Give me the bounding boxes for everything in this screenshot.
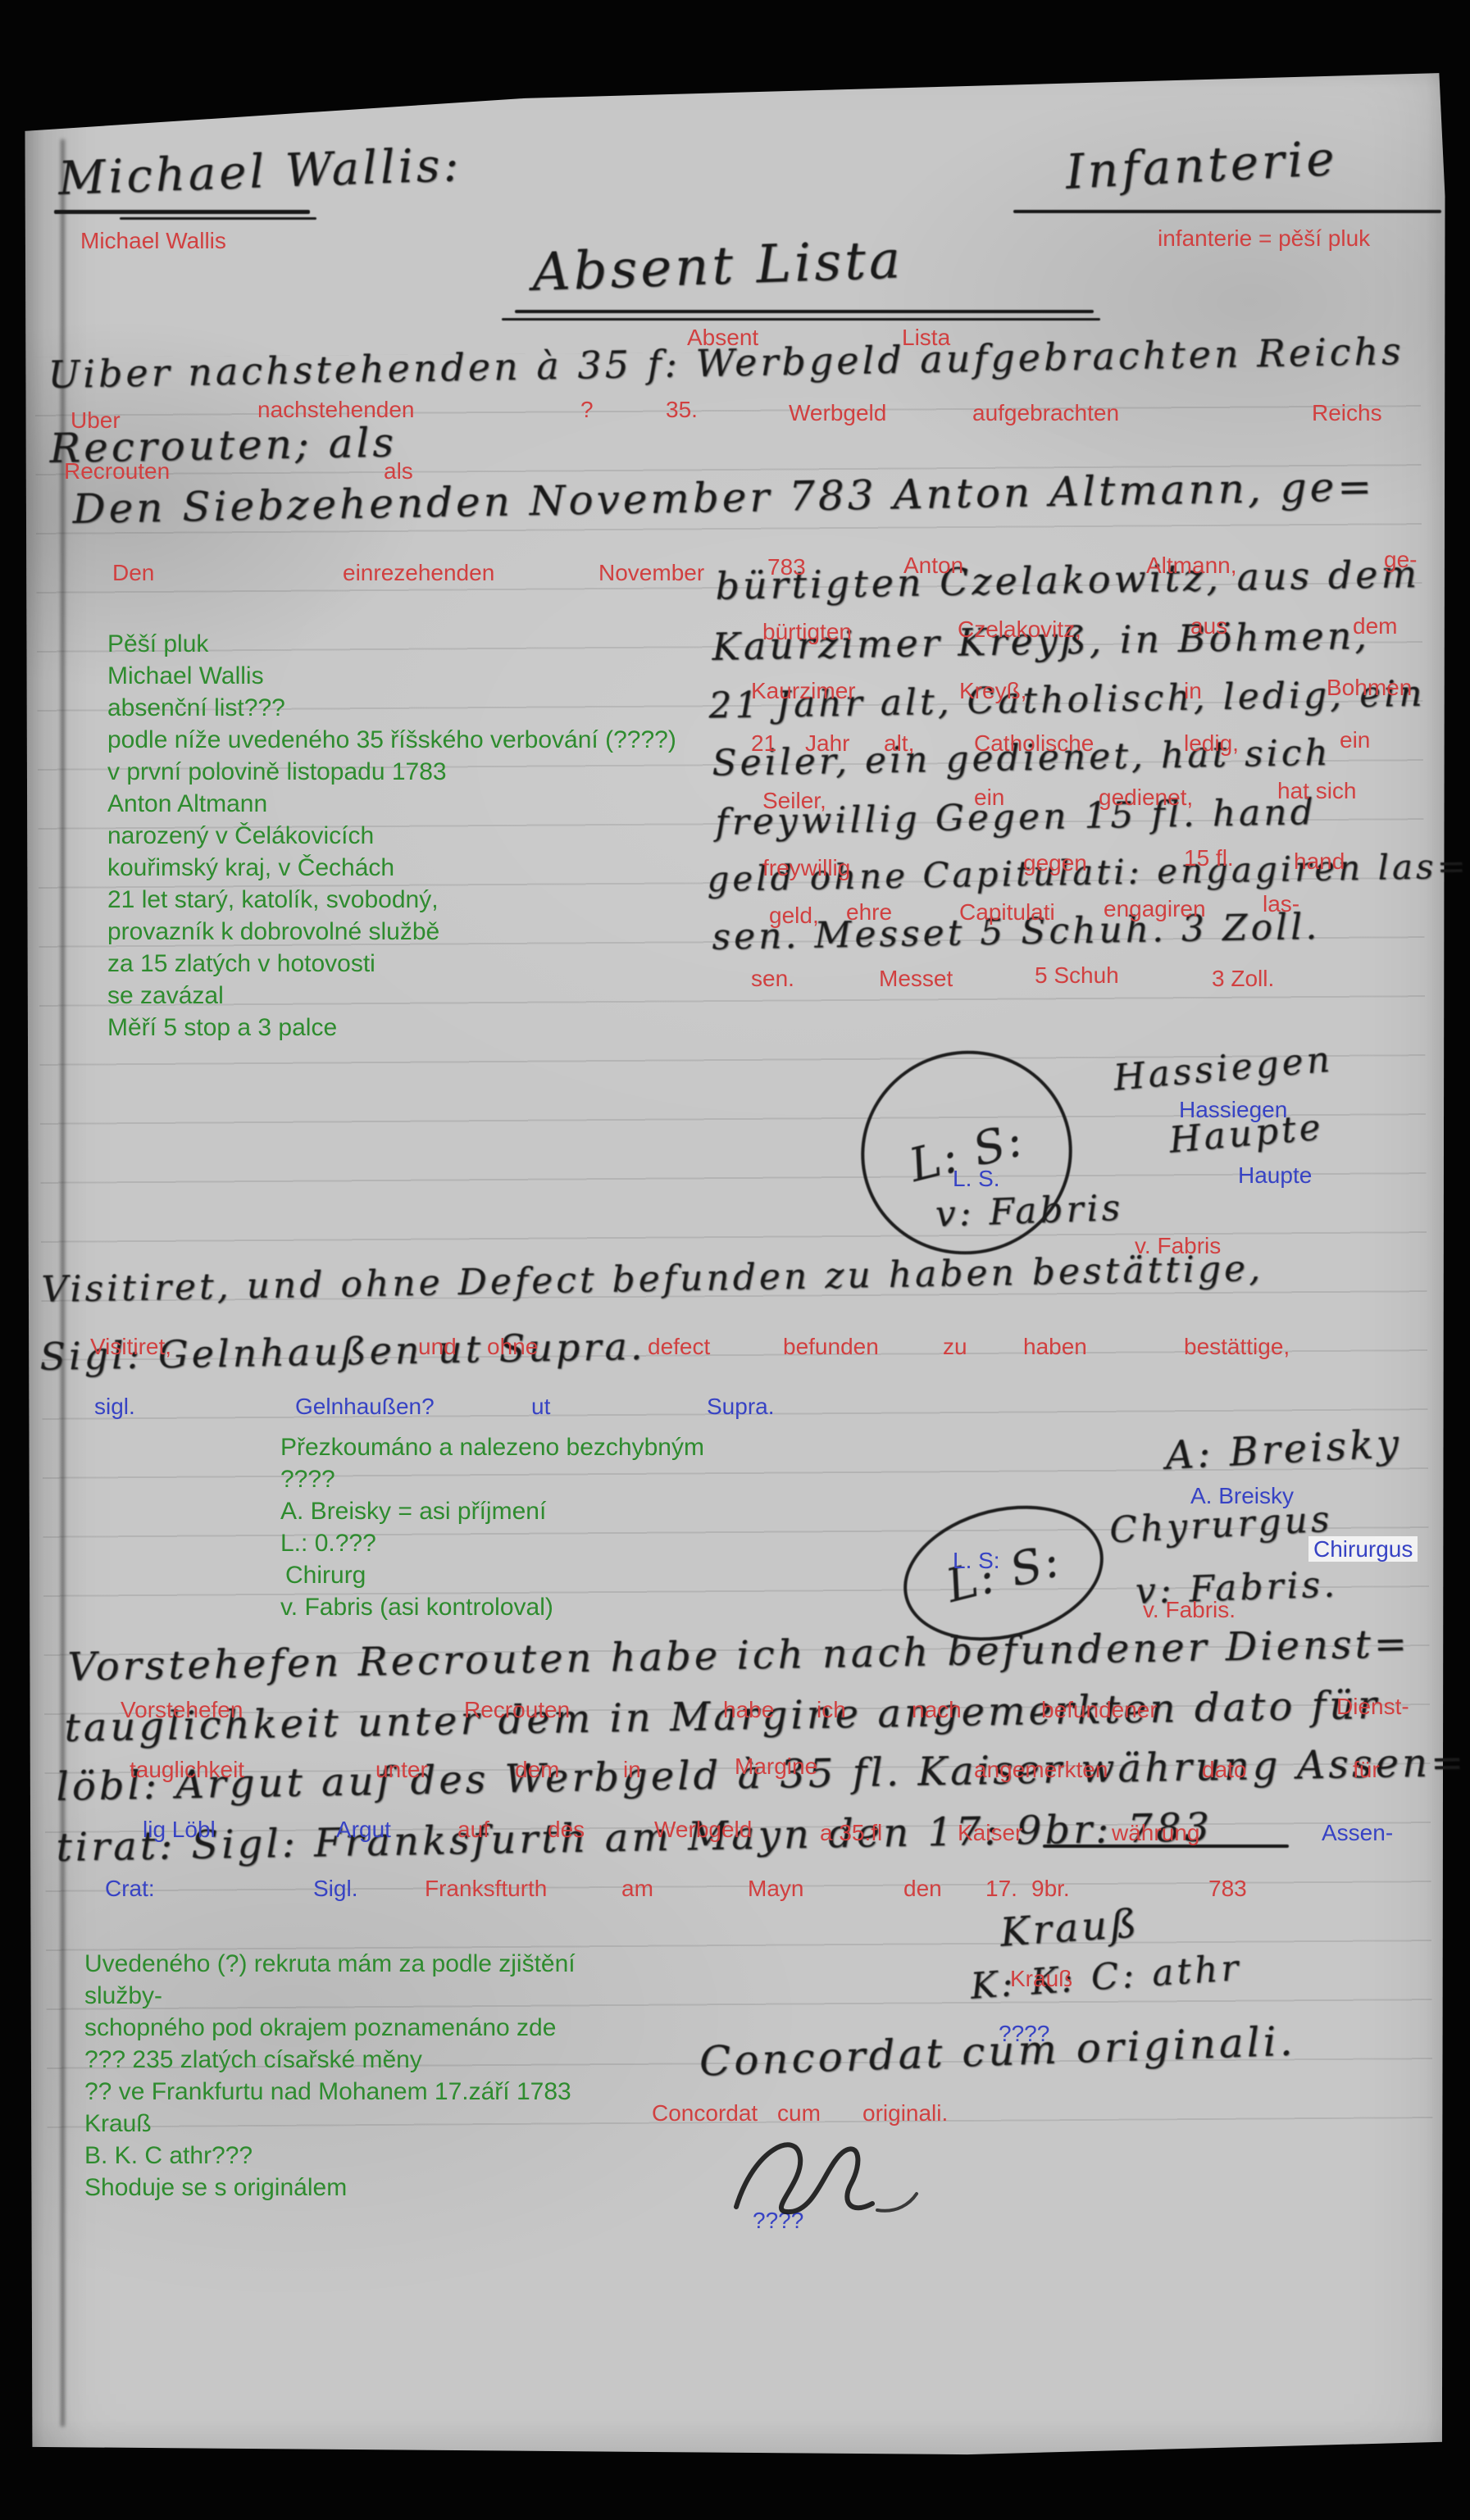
- ann-catholische: Catholische: [974, 731, 1094, 755]
- ann-in: in: [1184, 679, 1202, 703]
- ann-gedienet: gedienet,: [1099, 785, 1193, 809]
- note-prezkoumano: Přezkoumáno a nalezeno bezchybným: [280, 1435, 704, 1461]
- ann-czelakovitz: Czelakovitz,: [958, 617, 1081, 641]
- ann-haupte: Haupte: [1238, 1163, 1312, 1187]
- note-kourimsky: kouřimský kraj, v Čechách: [107, 855, 394, 881]
- ann-crat: Crat:: [105, 1876, 155, 1900]
- note-se-zavazal: se zavázal: [107, 983, 224, 1009]
- ann-recrouten-2: Recrouten: [464, 1698, 570, 1722]
- ann-ich: ich: [817, 1698, 846, 1722]
- ann-und: und: [418, 1335, 457, 1358]
- ann-als: als: [384, 459, 413, 483]
- ann-reichs: Reichs: [1312, 401, 1382, 425]
- ann-dato: dato: [1202, 1758, 1247, 1781]
- ann-geld: geld,: [769, 903, 819, 927]
- ann-waehrung: währung: [1112, 1821, 1199, 1845]
- ann-werbgeld: Werbgeld: [789, 401, 886, 425]
- ann-kreyss: Kreyß,: [959, 679, 1026, 703]
- ann-margine: Margine: [735, 1754, 817, 1778]
- ann-17: 17.: [985, 1876, 1017, 1900]
- note-pesi-pluk: Pěší pluk: [107, 631, 208, 657]
- underline-title-2: [502, 318, 1100, 321]
- ann-9br: 9br.: [1031, 1876, 1070, 1900]
- ann-ein-1: ein: [1340, 728, 1370, 752]
- ann-sigl: sigl.: [94, 1394, 135, 1418]
- ann-questionmark: ?: [580, 398, 594, 421]
- ann-5schuh: 5 Schuh: [1035, 963, 1119, 987]
- ann-uber: Uber: [71, 408, 121, 432]
- note-sluzby: služby-: [84, 1983, 162, 2009]
- ann-dem-2: dem: [515, 1758, 559, 1781]
- ann-michael-wallis: Michael Wallis: [80, 229, 226, 252]
- note-anton-altmann: Anton Altmann: [107, 791, 267, 817]
- ann-infanterie: infanterie = pěší pluk: [1158, 226, 1370, 250]
- ann-ledig: ledig,: [1184, 731, 1239, 755]
- ann-supra: Supra.: [707, 1394, 775, 1418]
- ann-bestaettige: bestättige,: [1184, 1335, 1290, 1358]
- ann-in-2: in: [623, 1758, 641, 1781]
- ann-november: November: [598, 561, 704, 585]
- ann-bohmen: Bohmen: [1327, 675, 1412, 699]
- ann-gelnhaussen: Gelnhaußen?: [295, 1394, 435, 1418]
- ann-gegen: gegen: [1023, 851, 1087, 875]
- ann-mayn: Mayn: [748, 1876, 803, 1900]
- ann-3zoll: 3 Zoll.: [1212, 967, 1274, 990]
- ann-nachstehenden: nachstehenden: [257, 398, 415, 421]
- ann-unter: unter: [375, 1758, 428, 1781]
- ann-unknown-1: ????: [999, 2022, 1049, 2045]
- ann-freywillig: freywillig: [762, 856, 850, 880]
- ann-a-breisky: A. Breisky: [1190, 1484, 1294, 1508]
- ann-fuer: für: [1353, 1758, 1380, 1781]
- script-sig-krauss: Krauß: [999, 1900, 1141, 1956]
- ann-capitulati: Capitulati: [959, 900, 1055, 924]
- ann-engagiren: engagiren: [1104, 897, 1206, 921]
- ann-ut: ut: [531, 1394, 550, 1418]
- ann-den: Den: [112, 561, 154, 585]
- archival-scan-page: { "colors":{"red":"#d14040","blue":"#374…: [0, 0, 1470, 2520]
- ann-sigl-2: Sigl.: [313, 1876, 357, 1900]
- note-absencni-list: absenční list???: [107, 695, 285, 721]
- ann-nach: nach: [912, 1698, 962, 1722]
- ann-argut: Argut: [336, 1817, 391, 1841]
- note-podle-nize: podle níže uvedeného 35 říšského verbová…: [107, 727, 676, 753]
- ann-jahr: Jahr: [805, 731, 849, 755]
- ann-ein-2: ein: [974, 785, 1004, 809]
- scanned-document-stage: Michael Wallis:InfanterieAbsent ListaUib…: [0, 0, 1470, 2520]
- ann-chirurgus: Chirurgus: [1308, 1536, 1418, 1562]
- ann-ls-1: L. S.: [953, 1167, 1000, 1190]
- ann-buertigten: bürtigten: [762, 620, 852, 644]
- underline-header-name-2: [120, 217, 316, 220]
- ann-absent: Absent: [687, 325, 758, 349]
- ann-sen: sen.: [751, 967, 794, 990]
- ann-defect: defect: [648, 1335, 710, 1358]
- ann-alt: alt,: [884, 731, 914, 755]
- note-fabris-kontroloval: v. Fabris (asi kontroloval): [280, 1594, 553, 1621]
- ann-am: am: [621, 1876, 653, 1900]
- ann-befundener: befundener: [1041, 1698, 1158, 1722]
- ann-recrouten: Recrouten: [64, 459, 170, 483]
- ann-15fl: 15 fl.: [1184, 846, 1234, 870]
- note-21-let: 21 let starý, katolík, svobodný,: [107, 887, 439, 913]
- note-ve-frankfurtu: ?? ve Frankfurtu nad Mohanem 17.září 178…: [84, 2079, 571, 2105]
- note-235-zlatych: ??? 235 zlatých císařské měny: [84, 2047, 422, 2073]
- ann-las: las-: [1263, 892, 1299, 916]
- ann-v-fabris-2: v. Fabris.: [1143, 1598, 1236, 1622]
- note-za-15: za 15 zlatých v hotovosti: [107, 951, 375, 977]
- ann-angemerkten: angemerkten: [974, 1758, 1108, 1781]
- note-unknown: ????: [280, 1467, 335, 1493]
- ann-franksfturth: Franksfturth: [425, 1876, 547, 1900]
- underline-header-corps: [1013, 210, 1441, 213]
- ann-lista: Lista: [902, 325, 950, 349]
- note-l-0: L.: 0.???: [280, 1531, 376, 1557]
- ann-21: 21: [751, 731, 776, 755]
- ann-anton: Anton: [903, 553, 963, 577]
- underline-header-name: [54, 210, 310, 214]
- ann-krauss: Krauß: [1010, 1967, 1072, 1990]
- note-krauss: Krauß: [84, 2111, 152, 2137]
- ann-assen: Assen-: [1322, 1821, 1393, 1845]
- ann-habe: habe: [723, 1698, 774, 1722]
- ann-kaurzimer: Kaurzimer: [751, 679, 856, 703]
- ann-ohne: ohne: [487, 1335, 538, 1358]
- ann-v-fabris-1: v. Fabris: [1135, 1234, 1221, 1258]
- note-chirurg: Chirurg: [285, 1562, 366, 1589]
- ann-vorstehefen: Vorstehefen: [121, 1698, 243, 1722]
- ann-dienst: Dienst-: [1336, 1694, 1409, 1718]
- ann-aus: aus: [1190, 614, 1227, 638]
- ann-messet: Messet: [879, 967, 953, 990]
- ann-783: 783: [767, 555, 806, 579]
- note-michael-wallis: Michael Wallis: [107, 663, 264, 689]
- note-schopneho: schopného pod okrajem poznamenáno zde: [84, 2015, 556, 2041]
- ann-ls-2: L. S:: [953, 1549, 1000, 1572]
- ann-ge: ge-: [1384, 548, 1417, 571]
- note-bkc: B. K. C athr???: [84, 2143, 253, 2169]
- ann-hat-sich: hat sich: [1277, 779, 1357, 803]
- ann-werbgeld-2: Werbgeld: [654, 1817, 752, 1841]
- ann-visitiret: Visitiret,: [90, 1335, 171, 1358]
- note-breisky: A. Breisky = asi příjmení: [280, 1499, 546, 1525]
- note-shoduje: Shoduje se s originálem: [84, 2175, 347, 2201]
- note-meri: Měří 5 stop a 3 palce: [107, 1015, 337, 1041]
- note-narozeny: narozený v Čelákovicích: [107, 823, 374, 849]
- ann-zu: zu: [943, 1335, 967, 1358]
- ann-auf: auf: [457, 1817, 489, 1841]
- ann-kaiser: Kaiser: [958, 1821, 1022, 1845]
- ann-a35fl: a 35.fl: [820, 1821, 882, 1845]
- ann-den-2: den: [903, 1876, 942, 1900]
- underline-title: [515, 310, 1094, 313]
- ann-tauglichkeit: tauglichkeit: [130, 1758, 244, 1781]
- ann-hassiegen: Hassiegen: [1179, 1098, 1287, 1121]
- ann-dem: dem: [1353, 614, 1397, 638]
- ann-befunden: befunden: [783, 1335, 879, 1358]
- ann-einrezehenden: einrezehenden: [343, 561, 494, 585]
- ann-783-2: 783: [1208, 1876, 1247, 1900]
- ann-aufgebrachten: aufgebrachten: [972, 401, 1119, 425]
- ann-lig-loebl: lig Löbl: [143, 1817, 216, 1841]
- ann-seiler: Seiler,: [762, 789, 826, 812]
- note-provaznik: provazník k dobrovolné službě: [107, 919, 439, 945]
- ann-altmann: Altmann,: [1146, 553, 1237, 577]
- ann-des: des: [548, 1817, 585, 1841]
- signature-flourish-icon: [721, 2115, 967, 2230]
- ann-haben: haben: [1023, 1335, 1087, 1358]
- ann-35: 35.: [666, 398, 698, 421]
- ann-hand: hand: [1294, 849, 1345, 873]
- ann-ehre: ehre: [846, 900, 892, 924]
- script-title: Absent Lista: [531, 230, 904, 303]
- note-uvedeneho: Uvedeného (?) rekruta mám za podle zjišt…: [84, 1951, 576, 1977]
- note-v-prvni: v první polovině listopadu 1783: [107, 759, 447, 785]
